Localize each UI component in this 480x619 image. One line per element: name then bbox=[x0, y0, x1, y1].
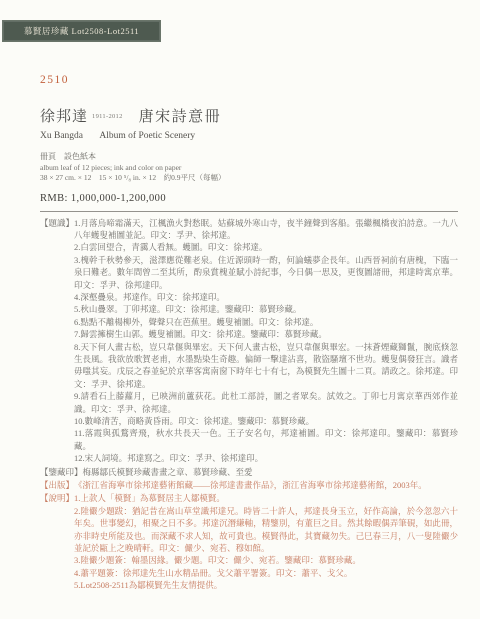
work-title-en: Album of Poetic Scenery bbox=[99, 131, 195, 141]
artist-title-row-en: Xu Bangda Album of Poetic Scenery bbox=[40, 131, 458, 141]
artist-name-cn: 徐邦達 bbox=[40, 105, 88, 126]
section-notes-label: 【說明】 bbox=[40, 492, 74, 504]
lot-description: 【題識】 1.月落烏啼霜滿天，江楓漁火對愁眠。姑蘇城外寒山寺，夜半鐘聲到客船。張… bbox=[40, 217, 458, 592]
medium-block: 冊頁 設色紙本 album leaf of 12 pieces; ink and… bbox=[40, 152, 458, 184]
section-collector-seals-label: 【鑒藏印】 bbox=[40, 466, 83, 478]
dimensions: 38 × 27 cm. × 12 15 × 10 ⁵/₈ in. × 12 約0… bbox=[40, 173, 458, 184]
note-item: 2.陸儼少題跋：猶記昔在嵩山草堂識邦達兄。時皆二十許人，邦達長身玉立，好作高論，… bbox=[74, 505, 458, 555]
note-item: 5.Lot2508-2511為鄒模賢先生友情提供。 bbox=[74, 579, 458, 591]
artist-name-en: Xu Bangda bbox=[40, 131, 83, 141]
lot-number: 2510 bbox=[40, 74, 458, 86]
section-inscription-body: 1.月落烏啼霜滿天，江楓漁火對愁眠。姑蘇城外寒山寺，夜半鐘聲到客船。張繼楓橋夜泊… bbox=[74, 217, 458, 465]
medium-cn: 冊頁 設色紙本 bbox=[40, 152, 458, 163]
section-inscription-label: 【題識】 bbox=[40, 217, 74, 229]
inscription-item: 2.白雲回望合，青靄人看無。蠖圖。印文：徐邦達。 bbox=[74, 241, 458, 253]
divider-rule bbox=[40, 211, 458, 212]
inscription-item: 7.歸雲擁樹生山郭。蠖叟補圖。印文：徐邦達。鑒藏印：慕賢珍藏。 bbox=[74, 328, 458, 340]
inscription-item: 8.天下何人畫古松，豈只韋偃與畢宏。天下何人畫古松，豈只韋偃與畢宏。一抹蒼煙藏獅… bbox=[74, 341, 458, 391]
note-item: 4.蕭平題簽：徐邦達先生山水精品冊。戈父蕭平署簽。印文：蕭平、戈父。 bbox=[74, 567, 458, 579]
section-publication-body: 《浙江省海寧市徐邦達藝術館藏——徐邦達書畫作品》，浙江省海寧市徐邦達藝術館，20… bbox=[74, 479, 458, 491]
section-collector-seals: 【鑒藏印】 梅縣鄒氏模賢珍藏書畫之章、慕賢珍藏、至愛 bbox=[40, 466, 458, 478]
estimate: RMB: 1,000,000-1,200,000 bbox=[40, 193, 458, 204]
inscription-item: 9.請看石上藤蘿月，已映洲前蘆荻花。此杜工部詩，圖之者眾矣。試效之。丁卯七月寓京… bbox=[74, 390, 458, 415]
collector-seals-text: 梅縣鄒氏模賢珍藏書畫之章、慕賢珍藏、至愛 bbox=[83, 466, 458, 478]
medium-en: album leaf of 12 pieces; ink and color o… bbox=[40, 163, 458, 174]
inscription-item: 12.宋人詞境。邦達寫之。印文：孚尹、徐邦達印。 bbox=[74, 452, 458, 464]
section-notes: 【說明】 1.上款人「模賢」為慕賢居主人鄒模賢。 2.陸儼少題跋：猶記昔在嵩山草… bbox=[40, 492, 458, 591]
inscription-item: 5.秋山疊翠。丁卯邦達。印文：徐邦達。鑒藏印：慕賢珍藏。 bbox=[74, 303, 458, 315]
note-item: 3.陸儼少題簽：翰墨因緣。儼少題。印文：儼少、宛若。鑒藏印：慕賢珍藏。 bbox=[74, 554, 458, 566]
artist-title-row: 徐邦達 1911-2012 唐宋詩意冊 bbox=[40, 105, 458, 126]
work-title-cn: 唐宋詩意冊 bbox=[139, 105, 222, 126]
section-inscription: 【題識】 1.月落烏啼霜滿天，江楓漁火對愁眠。姑蘇城外寒山寺，夜半鐘聲到客船。張… bbox=[40, 217, 458, 465]
inscription-item: 1.月落烏啼霜滿天，江楓漁火對愁眠。姑蘇城外寒山寺，夜半鐘聲到客船。張繼楓橋夜泊… bbox=[74, 217, 458, 242]
inscription-item: 11.落霞與孤鶩齊飛，秋水共長天一色。王子安名句，邦達補圖。印文：徐邦達印。鑒藏… bbox=[74, 427, 458, 452]
inscription-item: 3.槐幹千秋勢參天，滋澤應從難老泉。住近源頭時一酌，何論蟻夢企長年。山西晉祠前有… bbox=[74, 254, 458, 291]
inscription-item: 6.點點不離楊柳外，聲聲只在芭蕉里。蠖叟補圖。印文：徐邦達。 bbox=[74, 316, 458, 328]
section-notes-body: 1.上款人「模賢」為慕賢居主人鄒模賢。 2.陸儼少題跋：猶記昔在嵩山草堂識邦達兄… bbox=[74, 492, 458, 591]
section-collector-seals-body: 梅縣鄒氏模賢珍藏書畫之章、慕賢珍藏、至愛 bbox=[83, 466, 458, 478]
publication-text: 《浙江省海寧市徐邦達藝術館藏——徐邦達書畫作品》，浙江省海寧市徐邦達藝術館，20… bbox=[74, 479, 458, 491]
section-publication-label: 【出版】 bbox=[40, 479, 74, 491]
inscription-item: 10.數峰清苦，商略黃昏雨。印文：徐邦達。鑒藏印：慕賢珍藏。 bbox=[74, 415, 458, 427]
artist-dates: 1911-2012 bbox=[92, 113, 123, 120]
catalog-page: 2510 徐邦達 1911-2012 唐宋詩意冊 Xu Bangda Album… bbox=[40, 0, 458, 592]
inscription-item: 4.深壑疊泉。邦達作。印文：徐邦達印。 bbox=[74, 291, 458, 303]
section-publication: 【出版】 《浙江省海寧市徐邦達藝術館藏——徐邦達書畫作品》，浙江省海寧市徐邦達藝… bbox=[40, 479, 458, 491]
note-item: 1.上款人「模賢」為慕賢居主人鄒模賢。 bbox=[74, 492, 458, 504]
